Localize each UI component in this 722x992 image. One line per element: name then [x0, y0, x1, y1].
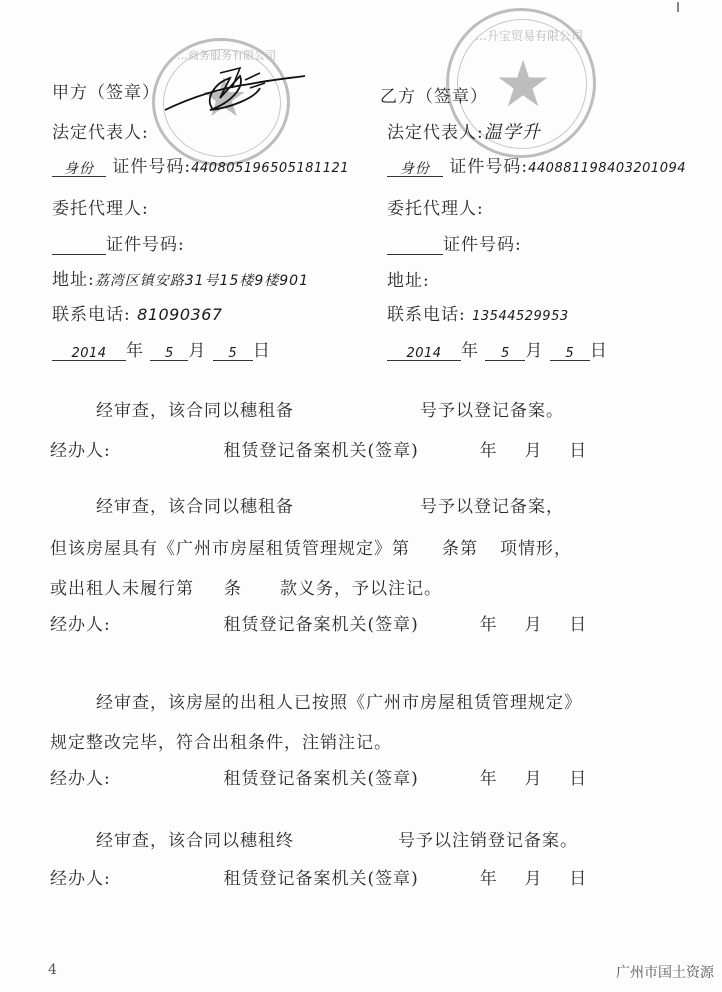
day-label: 日: [590, 341, 608, 361]
section-text: 经审查，该合同以穗租备: [96, 401, 294, 421]
section-text: 项情形，: [500, 539, 572, 559]
authority-stamp-label: 租赁登记备案机关(签章): [224, 769, 419, 789]
party-b-date-day[interactable]: 5: [550, 342, 590, 361]
authority-stamp-label: 租赁登记备案机关(签章): [224, 869, 419, 889]
party-b-date-year[interactable]: 2014: [387, 342, 461, 361]
party-a-legal-rep-label: 法定代表人:: [52, 123, 149, 143]
section-text: 规定整改完毕，符合出租条件，注销注记。: [50, 733, 392, 753]
party-a-id-number[interactable]: 440805196505181121: [191, 161, 349, 176]
party-b-phone-value[interactable]: 13544529953: [472, 309, 568, 324]
year-label: 年: [461, 341, 479, 361]
party-a-address-value[interactable]: 荔湾区镇安路31号15楼9楼901: [95, 273, 309, 289]
party-a-date-year[interactable]: 2014: [52, 342, 126, 361]
handler-label: 经办人:: [50, 769, 111, 789]
party-a-label: 甲方（签章）: [52, 83, 160, 103]
party-a-agent-id-type-field[interactable]: [52, 236, 106, 255]
party-b-phone-label: 联系电话:: [387, 305, 466, 325]
party-a-address-label: 地址:: [52, 270, 95, 290]
party-a-agent-id-label: 证件号码:: [106, 235, 185, 255]
party-a-phone-label: 联系电话:: [52, 305, 131, 325]
party-b-date-month[interactable]: 5: [485, 342, 525, 361]
section-text: 但该房屋具有《广州市房屋租赁管理规定》第: [50, 539, 410, 559]
year-label: 年: [126, 341, 144, 361]
section-text: 经审查，该合同以穗租备: [96, 497, 294, 517]
party-b-id-label: 证件号码:: [449, 157, 528, 177]
section-text: 号予以登记备案，: [420, 497, 564, 517]
party-a-signature: [160, 58, 310, 118]
party-b-id-number[interactable]: 440881198403201094: [528, 161, 686, 176]
party-a-agent-label: 委托代理人:: [52, 199, 149, 219]
party-b-agent-id-type-field[interactable]: [387, 236, 443, 255]
party-a-phone-value[interactable]: 81090367: [137, 305, 222, 324]
party-b-agent-id-label: 证件号码:: [443, 235, 522, 255]
month-label: 月: [524, 441, 542, 461]
party-b-agent-label: 委托代理人:: [387, 199, 484, 219]
party-b-legal-rep-label: 法定代表人:: [387, 123, 484, 143]
day-label: 日: [253, 341, 271, 361]
footer-issuer: 广州市国土资源: [616, 962, 714, 982]
section-text: 号予以登记备案。: [420, 401, 564, 421]
stamp-star-icon: ★: [489, 53, 557, 117]
year-label: 年: [480, 869, 498, 889]
party-b-address-label: 地址:: [387, 271, 430, 291]
party-b-label: 乙方（签章）: [380, 87, 488, 107]
party-b-id-type-field[interactable]: 身份: [387, 158, 443, 177]
party-a-id-label: 证件号码:: [112, 157, 191, 177]
day-label: 日: [569, 869, 587, 889]
section-text: 或出租人未履行第: [50, 579, 194, 599]
section-text: 款义务，予以注记。: [280, 579, 442, 599]
section-text: 条第: [442, 539, 478, 559]
section-text: 经审查，该房屋的出租人已按照《广州市房屋租赁管理规定》: [96, 693, 582, 713]
year-label: 年: [480, 441, 498, 461]
page-number: 4: [48, 962, 57, 978]
authority-stamp-label: 租赁登记备案机关(签章): [224, 615, 419, 635]
year-label: 年: [480, 769, 498, 789]
section-text: 经审查，该合同以穗租终: [96, 831, 294, 851]
month-label: 月: [524, 869, 542, 889]
party-a-id-type-field[interactable]: 身份: [52, 158, 106, 177]
month-label: 月: [524, 615, 542, 635]
day-label: 日: [569, 615, 587, 635]
section-text: 号予以注销登记备案。: [398, 831, 578, 851]
stamp-text: …升宝贸易有限公司: [475, 27, 583, 44]
section-text: 条: [224, 579, 242, 599]
handler-label: 经办人:: [50, 869, 111, 889]
year-label: 年: [480, 615, 498, 635]
party-b-legal-rep-signature[interactable]: 温学升: [484, 122, 541, 143]
handler-label: 经办人:: [50, 615, 111, 635]
month-label: 月: [524, 769, 542, 789]
month-label: 月: [188, 341, 206, 361]
party-a-date-month[interactable]: 5: [150, 342, 188, 361]
month-label: 月: [525, 341, 543, 361]
scan-artifact: [677, 2, 679, 12]
party-a-date-day[interactable]: 5: [213, 342, 253, 361]
authority-stamp-label: 租赁登记备案机关(签章): [224, 441, 419, 461]
day-label: 日: [569, 441, 587, 461]
handler-label: 经办人:: [50, 441, 111, 461]
day-label: 日: [569, 769, 587, 789]
